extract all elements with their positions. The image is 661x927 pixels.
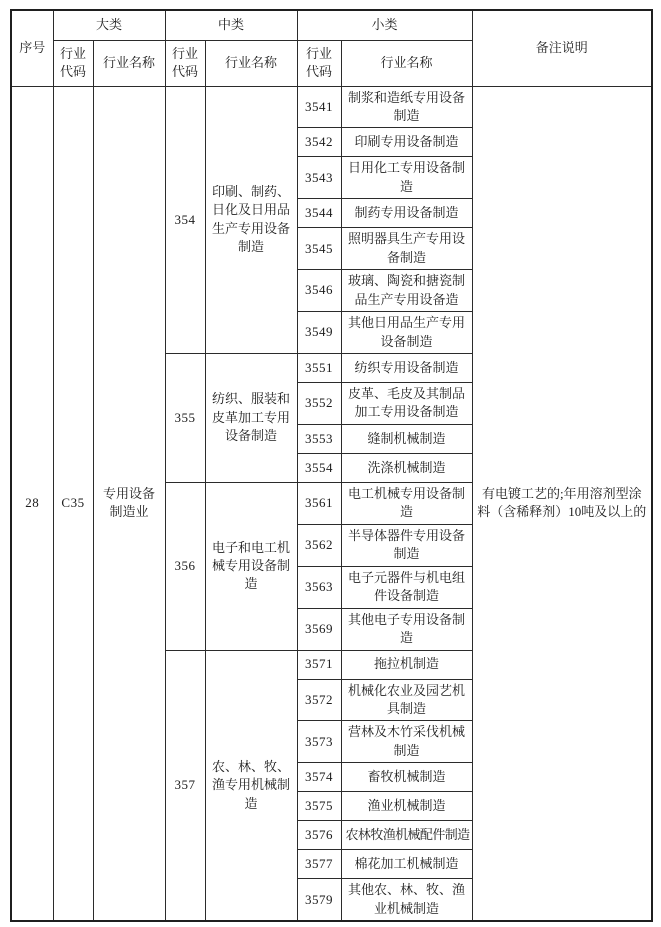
header-middle-code: 行业代码 xyxy=(165,40,205,86)
small-name-cell: 皮革、毛皮及其制品加工专用设备制造 xyxy=(341,383,472,425)
small-name-cell: 畜牧机械制造 xyxy=(341,763,472,792)
header-middle-category: 中类 xyxy=(165,10,297,40)
small-code-cell: 3571 xyxy=(297,650,341,679)
small-code-cell: 3544 xyxy=(297,199,341,228)
small-code-cell: 3569 xyxy=(297,608,341,650)
header-seq: 序号 xyxy=(11,10,53,86)
small-code-cell: 3549 xyxy=(297,312,341,354)
small-code-cell: 3552 xyxy=(297,383,341,425)
small-name-cell: 缝制机械制造 xyxy=(341,424,472,453)
small-code-cell: 3545 xyxy=(297,228,341,270)
small-name-cell: 制药专用设备制造 xyxy=(341,199,472,228)
small-code-cell: 3563 xyxy=(297,566,341,608)
header-major-category: 大类 xyxy=(53,10,165,40)
header-small-category: 小类 xyxy=(297,10,472,40)
small-name-cell: 制浆和造纸专用设备制造 xyxy=(341,86,472,128)
small-name-cell: 机械化农业及园艺机具制造 xyxy=(341,679,472,721)
remark-cell: 有电镀工艺的;年用溶剂型涂料（含稀释剂）10吨及以上的 xyxy=(472,86,652,921)
small-code-cell: 3551 xyxy=(297,354,341,383)
middle-name-cell: 电子和电工机械专用设备制造 xyxy=(205,482,297,650)
header-small-name: 行业名称 xyxy=(341,40,472,86)
small-code-cell: 3561 xyxy=(297,482,341,524)
seq-cell: 28 xyxy=(11,86,53,921)
middle-name-cell: 纺织、服装和皮革加工专用设备制造 xyxy=(205,354,297,483)
small-code-cell: 3543 xyxy=(297,157,341,199)
industry-classification-table: 序号 大类 中类 小类 备注说明 行业代码 行业名称 行业代码 行业名称 行业代… xyxy=(10,9,653,922)
small-name-cell: 其他电子专用设备制造 xyxy=(341,608,472,650)
small-name-cell: 其他农、林、牧、渔业机械制造 xyxy=(341,879,472,921)
small-code-cell: 3554 xyxy=(297,453,341,482)
header-small-code: 行业代码 xyxy=(297,40,341,86)
small-code-cell: 3546 xyxy=(297,270,341,312)
small-code-cell: 3579 xyxy=(297,879,341,921)
small-name-cell: 纺织专用设备制造 xyxy=(341,354,472,383)
small-code-cell: 3542 xyxy=(297,128,341,157)
small-code-cell: 3575 xyxy=(297,792,341,821)
small-name-cell: 电工机械专用设备制造 xyxy=(341,482,472,524)
small-code-cell: 3541 xyxy=(297,86,341,128)
small-name-cell: 洗涤机械制造 xyxy=(341,453,472,482)
small-name-cell: 其他日用品生产专用设备制造 xyxy=(341,312,472,354)
small-code-cell: 3577 xyxy=(297,850,341,879)
header-major-code: 行业代码 xyxy=(53,40,93,86)
small-name-cell: 玻璃、陶瓷和搪瓷制品生产专用设备造 xyxy=(341,270,472,312)
middle-code-cell: 355 xyxy=(165,354,205,483)
small-name-cell: 照明器具生产专用设备制造 xyxy=(341,228,472,270)
header-remark: 备注说明 xyxy=(472,10,652,86)
small-name-cell: 印刷专用设备制造 xyxy=(341,128,472,157)
major-name-cell: 专用设备制造业 xyxy=(93,86,165,921)
major-code-cell: C35 xyxy=(53,86,93,921)
middle-code-cell: 357 xyxy=(165,650,205,921)
small-code-cell: 3572 xyxy=(297,679,341,721)
small-name-cell: 渔业机械制造 xyxy=(341,792,472,821)
middle-name-cell: 农、林、牧、渔专用机械制造 xyxy=(205,650,297,921)
header-middle-name: 行业名称 xyxy=(205,40,297,86)
small-name-cell: 拖拉机制造 xyxy=(341,650,472,679)
small-name-cell: 营林及木竹采伐机械制造 xyxy=(341,721,472,763)
small-name-cell: 棉花加工机械制造 xyxy=(341,850,472,879)
small-name-cell: 电子元器件与机电组件设备制造 xyxy=(341,566,472,608)
small-name-cell: 农林牧渔机械配件制造 xyxy=(341,821,472,850)
small-code-cell: 3562 xyxy=(297,524,341,566)
small-code-cell: 3553 xyxy=(297,424,341,453)
document-page: 序号 大类 中类 小类 备注说明 行业代码 行业名称 行业代码 行业名称 行业代… xyxy=(0,0,661,927)
small-name-cell: 日用化工专用设备制造 xyxy=(341,157,472,199)
middle-name-cell: 印刷、制药、日化及日用品生产专用设备制造 xyxy=(205,86,297,354)
small-code-cell: 3576 xyxy=(297,821,341,850)
middle-code-cell: 354 xyxy=(165,86,205,354)
small-code-cell: 3573 xyxy=(297,721,341,763)
middle-code-cell: 356 xyxy=(165,482,205,650)
small-name-cell: 半导体器件专用设备制造 xyxy=(341,524,472,566)
header-major-name: 行业名称 xyxy=(93,40,165,86)
small-code-cell: 3574 xyxy=(297,763,341,792)
